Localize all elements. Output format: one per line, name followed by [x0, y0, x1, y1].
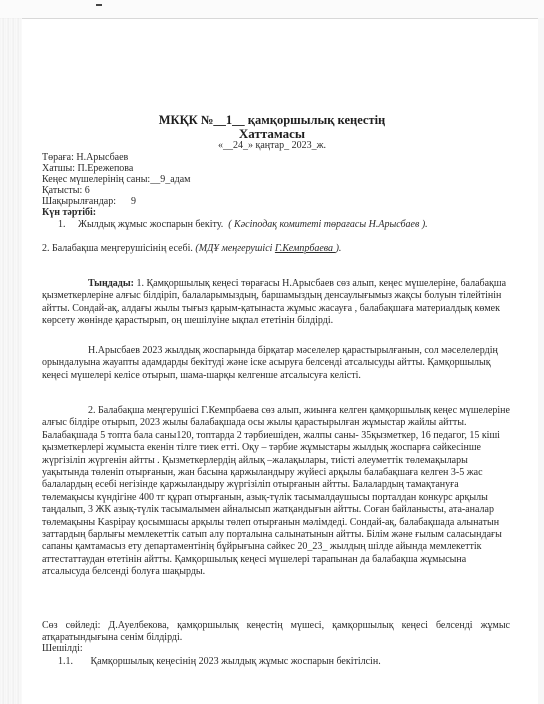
meta-member-count: Кеңес мүшелерінің саны:__9_адам — [42, 174, 191, 185]
paragraph-listened-1: Тыңдады: 1. Қамқоршылық кеңесі төрағасы … — [42, 278, 510, 328]
paragraph-text: 2. Балабақша меңгерушісі Г.Кемпрбаева сө… — [42, 405, 510, 577]
decision-text: Қамқоршылық кеңесінің 2023 жылдық жұмыс … — [91, 656, 381, 667]
meta-chairman: Төраға: Н.Арысбаев — [42, 152, 128, 163]
agenda-heading: Күн тәртібі: — [42, 207, 96, 218]
meta-attended: Қатысты: 6 — [42, 185, 90, 196]
agenda-item-1: 1. Жылдық жұмыс жоспарын бекіту. ( Кәсіп… — [58, 219, 428, 230]
paragraph-text: Н.Арысбаев 2023 жылдық жоспарында бірқат… — [42, 345, 498, 381]
agenda-item-number: 2. — [42, 243, 50, 254]
document-page: МКҚК №__1__ қамқоршылық кеңестің Хаттама… — [0, 0, 544, 704]
document-date: «__24_» қаңтар_ 2023_ж. — [0, 140, 544, 151]
speech-paragraph: Сөз сөйледі: Д.Ауелбекова, қамқоршылық к… — [42, 620, 510, 645]
meta-secretary: Хатшы: П.Ережепова — [42, 163, 133, 174]
listened-label: Тыңдады: — [88, 278, 134, 289]
agenda-item-note-prefix: (МДҰ меңгерушісі — [195, 243, 275, 254]
decided-label: Шешілді: — [42, 643, 83, 654]
decision-number: 1.1. — [58, 656, 73, 667]
meta-invited: Шақырылғандар: 9 — [42, 196, 136, 207]
agenda-item-number: 1. — [58, 219, 66, 230]
agenda-item-note-suffix: ). — [336, 243, 342, 254]
decision-item-1: 1.1. Қамқоршылық кеңесінің 2023 жылдық ж… — [58, 656, 381, 667]
agenda-item-text: Жылдық жұмыс жоспарын бекіту. — [78, 219, 223, 230]
agenda-item-2: 2. Балабақша меңгерушісінің есебі. (МДҰ … — [42, 243, 341, 254]
agenda-item-text: Балабақша меңгерушісінің есебі. — [52, 243, 193, 254]
paragraph-listened-3: 2. Балабақша меңгерушісі Г.Кемпрбаева сө… — [42, 405, 510, 579]
paragraph-listened-2: Н.Арысбаев 2023 жылдық жоспарында бірқат… — [42, 345, 510, 382]
agenda-item-note-name: Г.Кемпрбаева — [275, 243, 336, 254]
agenda-item-note: ( Кәсіподақ комитеті төрағасы Н.Арысбаев… — [228, 219, 427, 230]
